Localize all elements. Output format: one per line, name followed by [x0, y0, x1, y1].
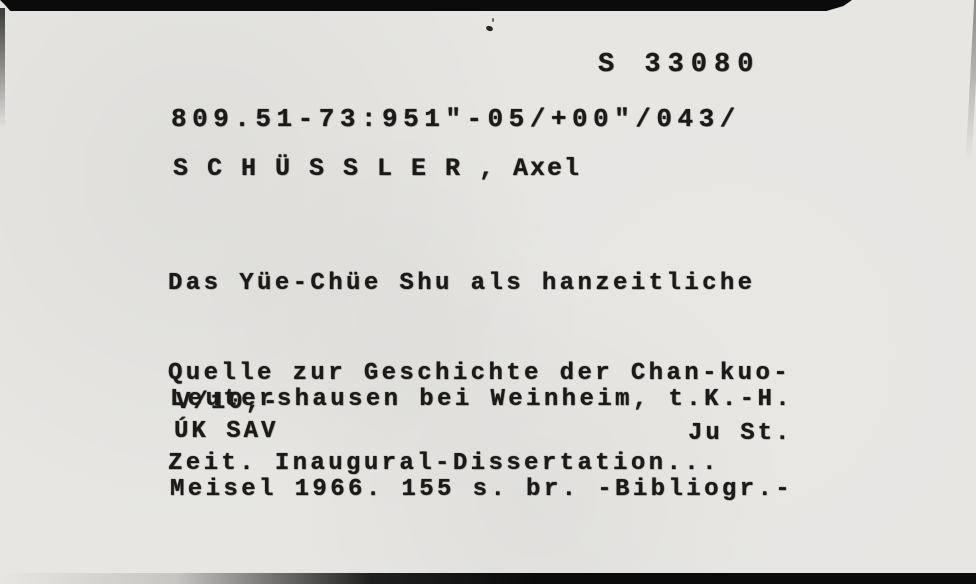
cataloguer-initials: Ju St.: [688, 420, 792, 447]
classification-number: 809.51-73:951"-05/+00"/043/: [171, 104, 741, 134]
catalog-card-scan: S 33080 809.51-73:951"-05/+00"/043/ S C …: [0, 0, 976, 584]
imprint-line: Meisel 1966. 155 s. br. -Bibliogr.-: [170, 475, 793, 505]
author-heading: S C H Ü S S L E R , Axel: [173, 154, 581, 183]
price-note: V/10,-: [176, 389, 280, 416]
shelf-number-stamp: S 33080: [598, 50, 760, 80]
title-line: Das Yüe-Chüe Shu als hanzeitliche: [168, 269, 791, 299]
typewritten-content: S 33080 809.51-73:951"-05/+00"/043/ S C …: [0, 0, 976, 584]
library-stamp: ÚK SAV: [174, 418, 278, 445]
